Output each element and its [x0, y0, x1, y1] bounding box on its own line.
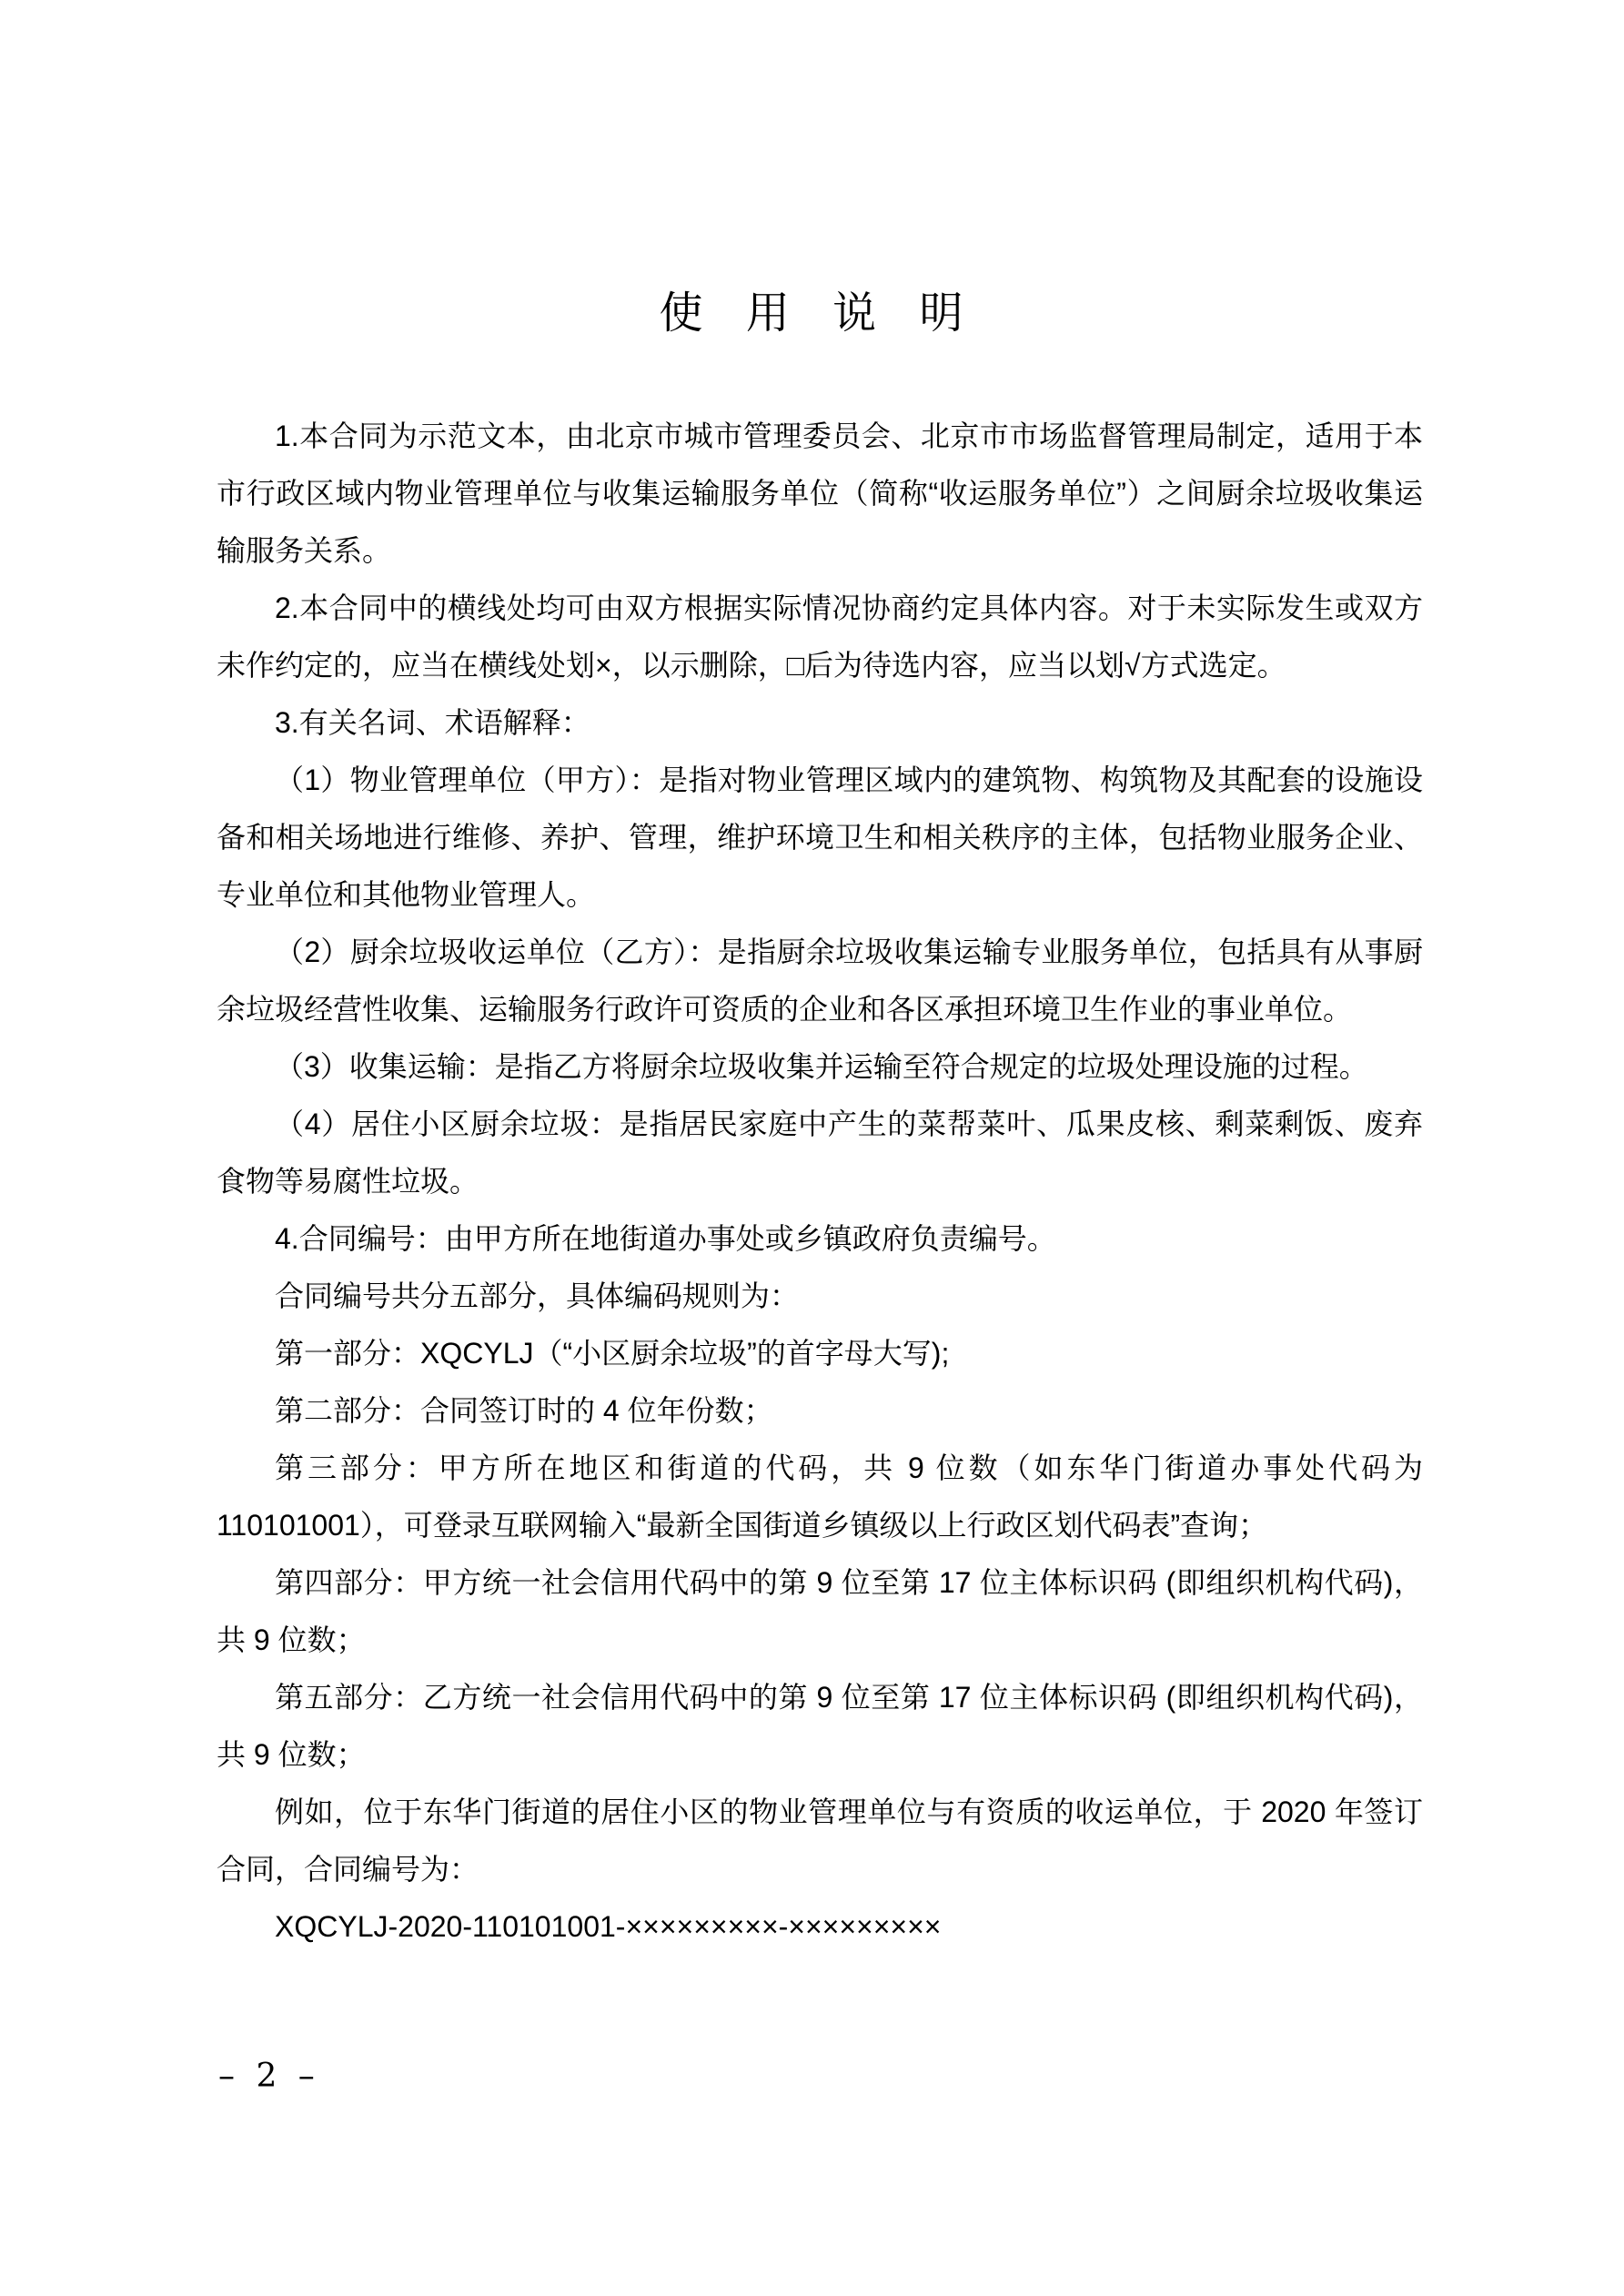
part-2-rule: 第二部分：合同签订时的 4 位年份数； — [217, 1382, 1423, 1440]
example-paragraph: 例如，位于东华门街道的居住小区的物业管理单位与有资质的收运单位，于 2020 年… — [217, 1784, 1423, 1898]
contract-number-example: XQCYLJ-2020-110101001-×××××××××-××××××××… — [217, 1898, 1423, 1956]
term-residential-kitchen-waste: （4）居住小区厨余垃圾：是指居民家庭中产生的菜帮菜叶、瓜果皮核、剩菜剩饭、废弃食… — [217, 1096, 1423, 1210]
terms-heading: 3.有关名词、术语解释： — [217, 694, 1423, 752]
document-body: 1.本合同为示范文本，由北京市城市管理委员会、北京市市场监督管理局制定，适用于本… — [217, 408, 1423, 1956]
intro-paragraph: 1.本合同为示范文本，由北京市城市管理委员会、北京市市场监督管理局制定，适用于本… — [217, 408, 1423, 580]
page-number: – 2 – — [218, 2055, 320, 2099]
document-page: 使 用 说 明 1.本合同为示范文本，由北京市城市管理委员会、北京市市场监督管理… — [0, 0, 1624, 2296]
part-1-rule: 第一部分：XQCYLJ（“小区厨余垃圾”的首字母大写); — [217, 1325, 1423, 1382]
term-collection-transport: （3）收集运输：是指乙方将厨余垃圾收集并运输至符合规定的垃圾处理设施的过程。 — [217, 1038, 1423, 1096]
term-property-management-unit: （1）物业管理单位（甲方）：是指对物业管理区域内的建筑物、构筑物及其配套的设施设… — [217, 752, 1423, 924]
term-kitchen-waste-collection-unit: （2）厨余垃圾收运单位（乙方）：是指厨余垃圾收集运输专业服务单位，包括具有从事厨… — [217, 924, 1423, 1038]
contract-number-paragraph: 4.合同编号：由甲方所在地街道办事处或乡镇政府负责编号。 — [217, 1210, 1423, 1268]
part-4-rule: 第四部分：甲方统一社会信用代码中的第 9 位至第 17 位主体标识码 (即组织机… — [217, 1554, 1423, 1669]
numbering-rules-intro: 合同编号共分五部分，具体编码规则为： — [217, 1268, 1423, 1325]
blank-lines-instruction: 2.本合同中的横线处均可由双方根据实际情况协商约定具体内容。对于未实际发生或双方… — [217, 580, 1423, 694]
part-3-rule: 第三部分：甲方所在地区和街道的代码，共 9 位数（如东华门街道办事处代码为110… — [217, 1440, 1423, 1554]
part-5-rule: 第五部分：乙方统一社会信用代码中的第 9 位至第 17 位主体标识码 (即组织机… — [217, 1669, 1423, 1784]
page-title: 使 用 说 明 — [0, 288, 1624, 340]
